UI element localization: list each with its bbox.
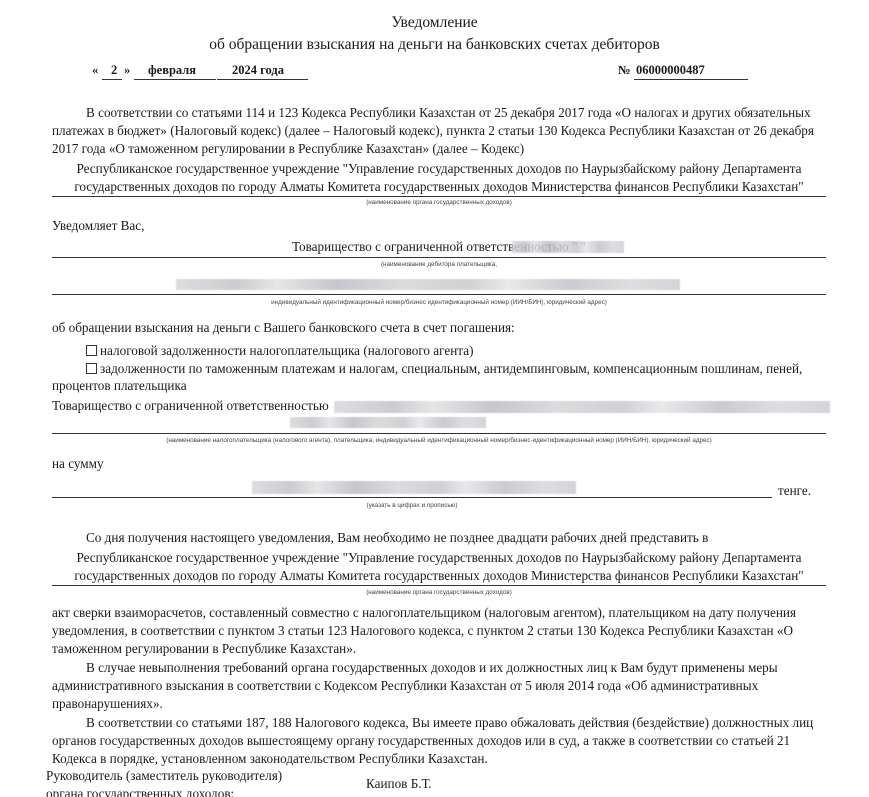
redacted-debtor-name: [512, 241, 624, 253]
signature-role: Руководитель (заместитель руководителя) …: [46, 767, 282, 797]
option-customs-debt[interactable]: задолженности по таможенным платежам и н…: [86, 361, 802, 377]
date-year: 2024 года: [232, 63, 284, 78]
checkbox-customs-debt[interactable]: [86, 363, 97, 374]
appeal-line-1: В соответствии со статьями 187, 188 Нало…: [52, 714, 813, 732]
authority-name: Республиканское государственное учрежден…: [52, 160, 826, 196]
submit-authority-caption: (наименование органа государственных дох…: [52, 589, 826, 596]
option-customs-debt-cont: процентов плательщика: [52, 378, 187, 394]
option-tax-debt[interactable]: налоговой задолженности налогоплательщик…: [86, 343, 473, 359]
submit-authority-name: Республиканское государственное учрежден…: [52, 549, 826, 585]
option-customs-debt-label: задолженности по таможенным платежам и н…: [100, 361, 802, 376]
reconciliation-line-3: таможенном регулировании в Республике Ка…: [52, 640, 796, 658]
submit-authority-line-2: государственных доходов по городу Алматы…: [52, 567, 826, 585]
notify-label: Уведомляет Вас,: [52, 218, 144, 234]
redacted-taxpayer-details: [290, 417, 486, 428]
debtor-caption: (наименование дебитора плательщика,: [52, 261, 826, 268]
penalty-line-2: административного взыскания в соответств…: [52, 677, 778, 695]
document-subtitle: об обращении взыскания на деньги на банк…: [0, 36, 869, 54]
submit-text: Со дня получения настоящего уведомления,…: [86, 530, 708, 546]
penalty-paragraph: В случае невыполнения требований органа …: [52, 659, 778, 713]
number-value: 06000000487: [636, 63, 705, 78]
penalty-line-3: правонарушениях».: [52, 695, 778, 713]
reconciliation-line-2: уведомления, в соответствии с пунктом 3 …: [52, 622, 796, 640]
amount-caption: (указать в цифрах и прописью): [52, 502, 772, 509]
appeal-line-3: Кодекса в порядке, установленном законод…: [52, 750, 813, 768]
reconciliation-line-1: акт сверки взаиморасчетов, составленный …: [52, 604, 796, 622]
date-open-quote: «: [92, 63, 98, 78]
option-tax-debt-label: налоговой задолженности налогоплательщик…: [100, 343, 473, 358]
redacted-taxpayer-name: [334, 401, 830, 413]
document-title: Уведомление: [0, 14, 869, 32]
appeal-paragraph: В соответствии со статьями 187, 188 Нало…: [52, 714, 813, 768]
appeal-line-2: органов государственных доходов вышестоя…: [52, 732, 813, 750]
taxpayer-caption: (наименование налогоплательщика (налогов…: [52, 437, 826, 444]
amount-currency: тенге.: [778, 483, 811, 499]
collection-intro: об обращении взыскания на деньги с Вашег…: [52, 320, 515, 336]
redacted-amount: [252, 481, 576, 494]
reconciliation-paragraph: акт сверки взаиморасчетов, составленный …: [52, 604, 796, 658]
date-day: 2: [111, 63, 117, 78]
signature-role-line-2: органа государственных доходов:: [46, 785, 282, 797]
date-close-quote: »: [124, 63, 130, 78]
intro-line-1: В соответствии со статьями 114 и 123 Код…: [52, 104, 814, 122]
intro-paragraph: В соответствии со статьями 114 и 123 Код…: [52, 104, 814, 158]
taxpayer-label: Товарищество с ограниченной ответственно…: [52, 398, 329, 414]
amount-label: на сумму: [52, 456, 104, 472]
number-label: №: [618, 63, 631, 78]
authority-line-2: государственных доходов по городу Алматы…: [52, 178, 826, 196]
intro-line-3: 2017 года «О таможенном регулировании в …: [52, 140, 814, 158]
debtor-id-caption: индивидуальный идентификационный номер/б…: [52, 299, 826, 306]
authority-caption: (наименование органа государственных дох…: [52, 199, 826, 206]
checkbox-tax-debt[interactable]: [86, 345, 97, 356]
signature-name: Каипов Б.Т.: [366, 776, 432, 792]
date-month: февраля: [148, 63, 196, 78]
debtor-name: Товарищество с ограниченной ответственно…: [52, 239, 826, 255]
signature-role-line-1: Руководитель (заместитель руководителя): [46, 767, 282, 785]
intro-line-2: платежах в бюджет» (Налоговый кодекс) (д…: [52, 122, 814, 140]
redacted-debtor-id-address: [176, 279, 680, 290]
authority-line-1: Республиканское государственное учрежден…: [52, 160, 826, 178]
penalty-line-1: В случае невыполнения требований органа …: [52, 659, 778, 677]
submit-authority-line-1: Республиканское государственное учрежден…: [52, 549, 826, 567]
